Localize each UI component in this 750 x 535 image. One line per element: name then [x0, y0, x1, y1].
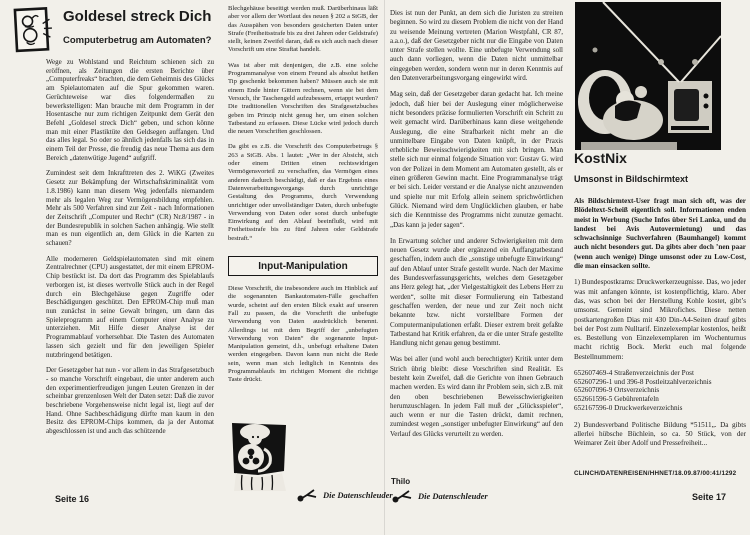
body-paragraph: Was bei aller (und wohl auch berechtigte…: [390, 355, 563, 439]
body-paragraph: Zumindest seit dem Inkrafttreten des 2. …: [46, 169, 214, 247]
body-paragraph: In Erwartung solcher und anderer Schwier…: [390, 237, 563, 349]
author-signature: Thilo: [391, 477, 410, 486]
list-item: 652607096-9 Ortsverzeichnis: [574, 386, 746, 395]
right-column-1: Dies ist nun der Punkt, an dem sich die …: [390, 9, 563, 446]
footer-code: CLINCH/DATENREISEN/HHNET/18.09.87/00:41/…: [574, 470, 736, 477]
body-paragraph: Dies ist nun der Punkt, an dem sich die …: [390, 9, 563, 83]
body-paragraph: 2) Bundesverband Politische Bildung *515…: [574, 421, 746, 449]
body-paragraph: Diese Vorschrift, die insbesondere auch …: [228, 285, 378, 385]
body-paragraph: Als Bildschirmtext-User fragt man sich o…: [574, 197, 746, 271]
list-item: 652661596-5 Gebührentafeln: [574, 395, 746, 404]
body-paragraph: Der Gesetzgeber hat nun - vor allem in d…: [46, 366, 214, 436]
datenschleuder-logo-left: Die Datenschleuder: [296, 488, 393, 502]
page-number-left: Seite 16: [55, 494, 89, 504]
body-paragraph: Wege zu Wohlstand und Reichtum schienen …: [46, 58, 214, 162]
list-item: 652607296-1 und 396-8 Postleitzahlverzei…: [574, 378, 746, 387]
body-paragraph: Was ist aber mit denjenigen, die z.B. ei…: [228, 62, 378, 137]
left-column-1: Wege zu Wohlstand und Reichtum schienen …: [46, 58, 214, 443]
right-column-2: Als Bildschirmtext-User fragt man sich o…: [574, 197, 746, 455]
article-title: Goldesel streck Dich: [63, 8, 211, 25]
left-column-2: Blechgehäuse beseitigt werden muß. Darüb…: [228, 5, 378, 392]
jester-stamp-icon: [13, 6, 55, 54]
body-paragraph: Alle moderneren Geldspielautomaten sind …: [46, 255, 214, 359]
datenschleuder-logo-right: Die Datenschleuder: [391, 489, 488, 503]
list-item: 652167596-0 Druckwerkeverzeichnis: [574, 404, 746, 413]
tv-photo: [575, 2, 721, 150]
kostnix-title: KostNix: [574, 150, 627, 166]
article-subtitle: Computerbetrug am Automaten?: [63, 35, 211, 46]
magazine-spread: Goldesel streck Dich Computerbetrug am A…: [0, 0, 750, 535]
order-number-list: 652607469-4 Straßenverzeichnis der Post …: [574, 369, 746, 413]
body-paragraph: 1) Bundespostkrams: Druckwerkerzeugnisse…: [574, 278, 746, 362]
list-item: 652607469-4 Straßenverzeichnis der Post: [574, 369, 746, 378]
slingshot-icon: [296, 488, 320, 502]
body-paragraph: Da gibt es z.B. die Vorschrift des Compu…: [228, 143, 378, 243]
body-paragraph: Blechgehäuse beseitigt werden muß. Darüb…: [228, 5, 378, 55]
page-fold-divider: [384, 0, 385, 535]
datenschleuder-logo-text: Die Datenschleuder: [418, 491, 488, 501]
slingshot-icon: [391, 489, 415, 503]
kostnix-subtitle: Umsonst in Bildschirmtext: [574, 174, 688, 184]
mascot-woodcut: [228, 421, 290, 493]
page-number-right: Seite 17: [692, 492, 726, 502]
datenschleuder-logo-text: Die Datenschleuder: [323, 490, 393, 500]
input-manipulation-box-heading: Input-Manipulation: [228, 256, 378, 276]
body-paragraph: Mag sein, daß der Gesetzgeber daran geda…: [390, 90, 563, 229]
